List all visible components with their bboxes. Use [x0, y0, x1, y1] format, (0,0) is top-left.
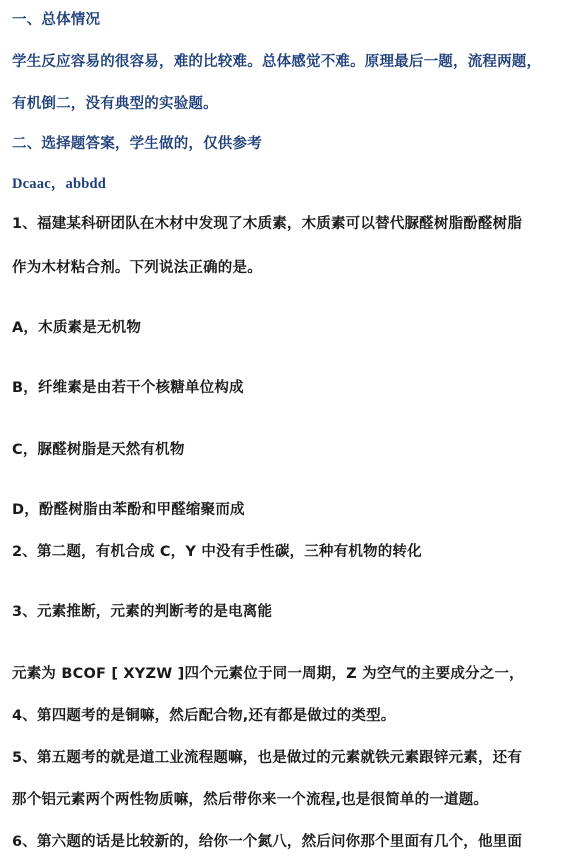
text-line: 作为木材粘合剂。下列说法正确的是。	[12, 258, 262, 278]
text-line: B，纤维素是由若干个核糖单位构成	[12, 378, 244, 398]
text-line: 6、第六题的话是比较新的，给你一个氮八，然后问你那个里面有几个，他里面	[12, 832, 522, 852]
text-line: C，脲醛树脂是天然有机物	[12, 440, 185, 460]
text-line: 元素为 BCOF [ XYZW ]四个元素位于同一周期，Z 为空气的主要成分之一…	[12, 664, 524, 684]
text-line: 2、第二题，有机合成 C，Y 中没有手性碳，三种有机物的转化	[12, 542, 422, 562]
text-line: A，木质素是无机物	[12, 318, 141, 338]
text-line: 4、第四题考的是铜嘛，然后配合物,还有都是做过的类型。	[12, 706, 396, 726]
text-line: 学生反应容易的很容易，难的比较难。总体感觉不难。原理最后一题，流程两题，	[12, 52, 541, 72]
text-line: 有机倒二，没有典型的实验题。	[12, 94, 218, 114]
text-line: 1、福建某科研团队在木材中发现了木质素，木质素可以替代脲醛树脂酚醛树脂	[12, 214, 522, 234]
text-line: 3、元素推断，元素的判断考的是电离能	[12, 602, 272, 622]
text-line: D，酚醛树脂由苯酚和甲醛缩聚而成	[12, 500, 245, 520]
text-line: 一、总体情况	[12, 10, 100, 30]
text-line: Dcaac，abbdd	[12, 174, 106, 194]
text-line: 那个铝元素两个两性物质嘛，然后带你来一个流程,也是很简单的一道题。	[12, 790, 488, 810]
text-line: 5、第五题考的就是道工业流程题嘛，也是做过的元素就铁元素跟锌元素，还有	[12, 748, 522, 768]
text-line: 二、选择题答案，学生做的，仅供参考	[12, 134, 262, 154]
